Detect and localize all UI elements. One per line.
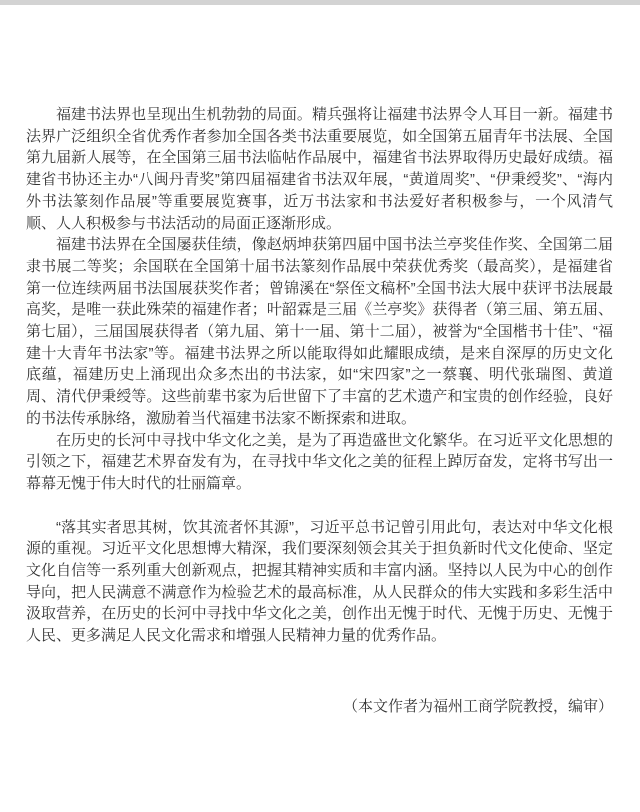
- paragraph-3: 在历史的长河中寻找中华文化之美，是为了再造盛世文化繁华。在习近平文化思想的引领之…: [26, 430, 613, 495]
- paragraph-2: 福建书法界在全国屡获佳绩，像赵炳坤获第四届中国书法兰亭奖佳作奖、全国第二届隶书展…: [26, 234, 613, 429]
- paragraph-1: 福建书法界也呈现出生机勃勃的局面。精兵强将让福建书法界令人耳目一新。福建书法界广…: [26, 104, 613, 234]
- paragraph-4: “落其实者思其树，饮其流者怀其源”，习近平总书记曾引用此句，表达对中华文化根源的…: [26, 517, 613, 647]
- article-body: 福建书法界也呈现出生机勃勃的局面。精兵强将让福建书法界令人耳目一新。福建书法界广…: [0, 5, 640, 718]
- author-note: （本文作者为福州工商学院教授，编审）: [26, 696, 613, 718]
